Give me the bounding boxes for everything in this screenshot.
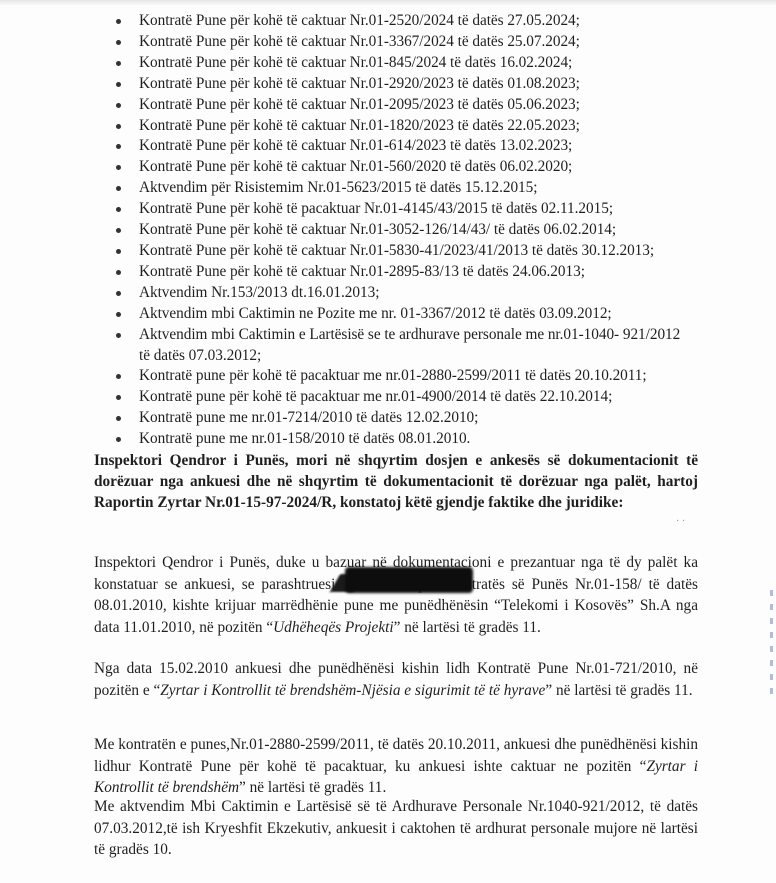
page-top-shadow bbox=[0, 0, 776, 6]
list-item: Kontratë Pune për kohë të caktuar Nr.01-… bbox=[114, 11, 714, 32]
findings-paragraph-1: Inspektori Qendror i Punës, duke u bazua… bbox=[94, 552, 698, 638]
stamp-edge-mark bbox=[770, 590, 773, 700]
bullet-icon bbox=[116, 437, 121, 442]
list-item: Aktvendim Nr.153/2013 dt.16.01.2013; bbox=[114, 283, 714, 304]
bullet-icon bbox=[116, 270, 121, 275]
list-item: Kontratë Pune për kohë të caktuar Nr.01-… bbox=[114, 157, 714, 178]
findings-paragraph-4: Me aktvendim Mbi Caktimin e Lartësisë së… bbox=[94, 796, 698, 861]
list-item: Kontratë Pune për kohë të caktuar Nr.01-… bbox=[114, 116, 714, 137]
list-item: Kontratë pune me nr.01-158/2010 të datës… bbox=[114, 429, 714, 450]
bullet-icon bbox=[116, 124, 121, 129]
list-item: Aktvendim për Risistemim Nr.01-5623/2015… bbox=[114, 178, 714, 199]
bullet-icon bbox=[116, 395, 121, 400]
bullet-icon bbox=[116, 374, 121, 379]
list-item: Kontratë Pune për kohë të caktuar Nr.01-… bbox=[114, 74, 714, 95]
list-item: Aktvendim mbi Caktimin ne Pozite me nr. … bbox=[114, 304, 714, 325]
list-item: Kontratë Pune për kohë të caktuar Nr.01-… bbox=[114, 262, 714, 283]
list-item: Kontratë pune me nr.01-7214/2010 të datë… bbox=[114, 408, 714, 429]
bullet-icon bbox=[116, 416, 121, 421]
bullet-icon bbox=[116, 228, 121, 233]
list-item: Aktvendim mbi Caktimin e Lartësisë se te… bbox=[114, 325, 714, 367]
bullet-icon bbox=[116, 333, 121, 338]
bullet-icon bbox=[116, 207, 121, 212]
list-item: Kontratë pune për kohë të pacaktuar me n… bbox=[114, 387, 714, 408]
list-item: Kontratë Pune për kohë të caktuar Nr.01-… bbox=[114, 241, 714, 262]
bullet-icon bbox=[116, 165, 121, 170]
report-intro-paragraph: Inspektori Qendror i Punës, mori në shqy… bbox=[94, 450, 698, 513]
list-item: Kontratë Pune për kohë të caktuar Nr.01-… bbox=[114, 95, 714, 116]
list-item: Kontratë Pune për kohë të pacaktuar Nr.0… bbox=[114, 199, 714, 220]
bullet-icon bbox=[116, 61, 121, 66]
list-item: Kontratë Pune për kohë të caktuar Nr.01-… bbox=[114, 220, 714, 241]
bullet-icon bbox=[116, 144, 121, 149]
scan-noise: · · bbox=[676, 516, 685, 527]
findings-paragraph-3: Me kontratën e punes,Nr.01-2880-2599/201… bbox=[94, 734, 698, 799]
list-item: Kontratë pune për kohë të pacaktuar me n… bbox=[114, 366, 714, 387]
bullet-icon bbox=[116, 19, 121, 24]
bullet-icon bbox=[116, 103, 121, 108]
bullet-icon bbox=[116, 40, 121, 45]
bullet-icon bbox=[116, 291, 121, 296]
bullet-icon bbox=[116, 249, 121, 254]
bullet-icon bbox=[116, 312, 121, 317]
list-item: Kontratë Pune për kohë të caktuar Nr.01-… bbox=[114, 32, 714, 53]
bullet-icon bbox=[116, 186, 121, 191]
list-item: Kontratë Pune për kohë të caktuar Nr.01-… bbox=[114, 53, 714, 74]
list-item: Kontratë Pune për kohë të caktuar Nr.01-… bbox=[114, 136, 714, 157]
document-list: Kontratë Pune për kohë të caktuar Nr.01-… bbox=[114, 11, 714, 450]
bullet-icon bbox=[116, 82, 121, 87]
findings-paragraph-2: Nga data 15.02.2010 ankuesi dhe punëdhën… bbox=[94, 658, 698, 701]
redaction-block bbox=[345, 567, 473, 593]
